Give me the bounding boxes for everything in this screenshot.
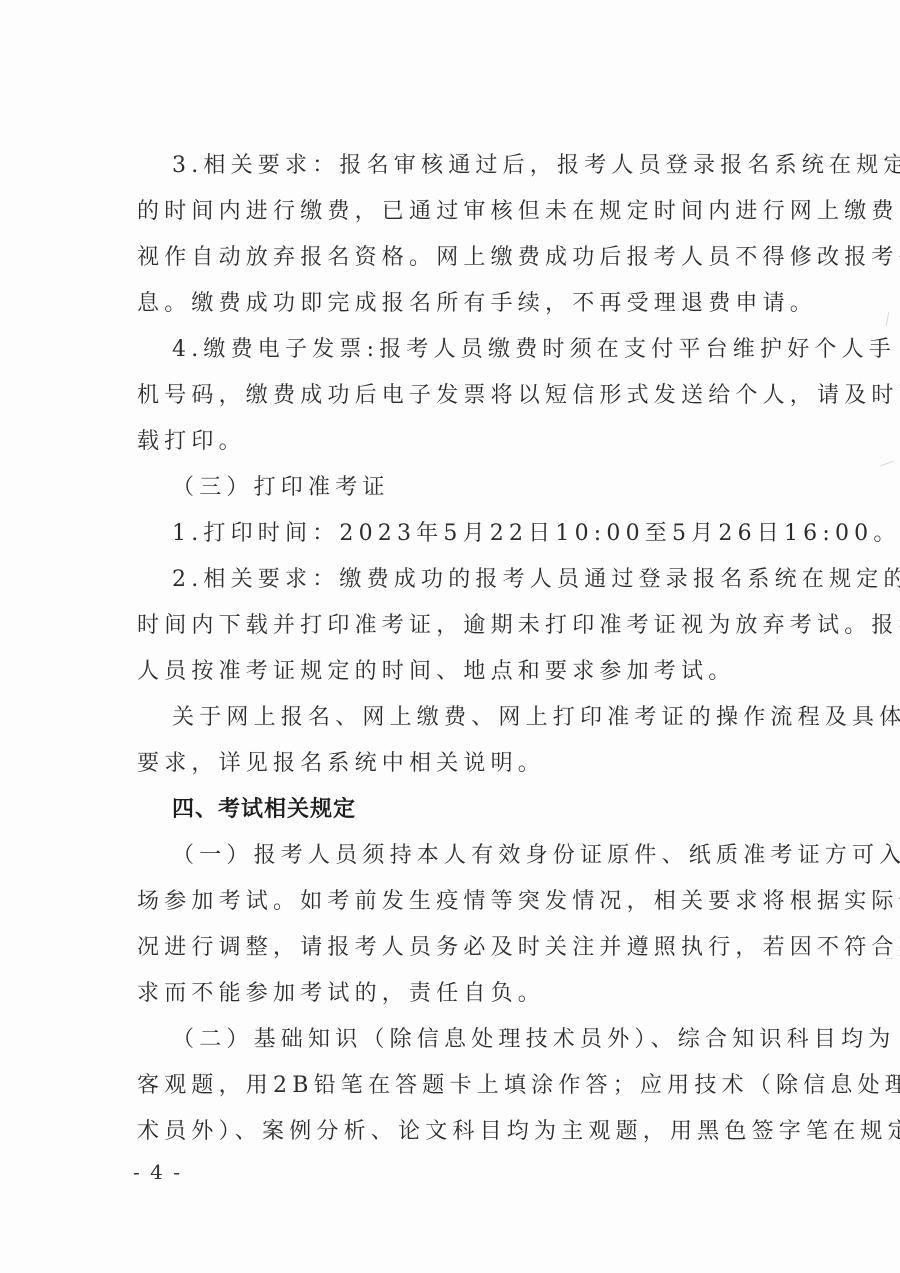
paragraph-line: 1.打印时间：2023年5月22日10:00至5月26日16:00。 [172,521,777,547]
scan-artifact [886,312,889,326]
paragraph-line: （二）基础知识（除信息处理技术员外）、综合知识科目均为 [172,1027,777,1053]
paragraph-line: 的时间内进行缴费，已通过审核但未在规定时间内进行网上缴费的 [137,199,777,225]
paragraph-line: （一）报考人员须持本人有效身份证原件、纸质准考证方可入 [172,843,777,869]
scan-artifact [880,461,893,467]
paragraph-line: 人员按准考证规定的时间、地点和要求参加考试。 [137,659,777,685]
scan-artifact [886,958,892,959]
paragraph-line: 关于网上报名、网上缴费、网上打印准考证的操作流程及具体 [172,705,777,731]
paragraph-line: 机号码，缴费成功后电子发票将以短信形式发送给个人，请及时下 [137,383,777,409]
paragraph-line: 3.相关要求：报名审核通过后，报考人员登录报名系统在规定 [172,153,777,179]
paragraph-line: 要求，详见报名系统中相关说明。 [137,751,777,777]
paragraph-line: 4.缴费电子发票:报考人员缴费时须在支付平台维护好个人手 [172,337,777,363]
page-number: - 4 - [133,1160,182,1184]
paragraph-line: 载打印。 [137,429,777,455]
paragraph-line: 况进行调整，请报考人员务必及时关注并遵照执行，若因不符合要 [137,935,777,961]
subsection-heading: （三）打印准考证 [172,475,777,501]
paragraph-line: 时间内下载并打印准考证，逾期未打印准考证视为放弃考试。报考 [137,613,777,639]
section-heading: 四、考试相关规定 [172,797,777,823]
paragraph-line: 术员外）、案例分析、论文科目均为主观题，用黑色签字笔在规定 [137,1119,777,1145]
paragraph-line: 息。缴费成功即完成报名所有手续，不再受理退费申请。 [137,291,777,317]
paragraph-line: 场参加考试。如考前发生疫情等突发情况，相关要求将根据实际情 [137,889,777,915]
paragraph-line: 客观题，用2B铅笔在答题卡上填涂作答；应用技术（除信息处理技 [137,1073,777,1099]
paragraph-line: 求而不能参加考试的，责任自负。 [137,981,777,1007]
paragraph-line: 视作自动放弃报名资格。网上缴费成功后报考人员不得修改报考信 [137,245,777,271]
paragraph-line: 2.相关要求：缴费成功的报考人员通过登录报名系统在规定的 [172,567,777,593]
document-page: 3.相关要求：报名审核通过后，报考人员登录报名系统在规定 的时间内进行缴费，已通… [0,0,900,1273]
